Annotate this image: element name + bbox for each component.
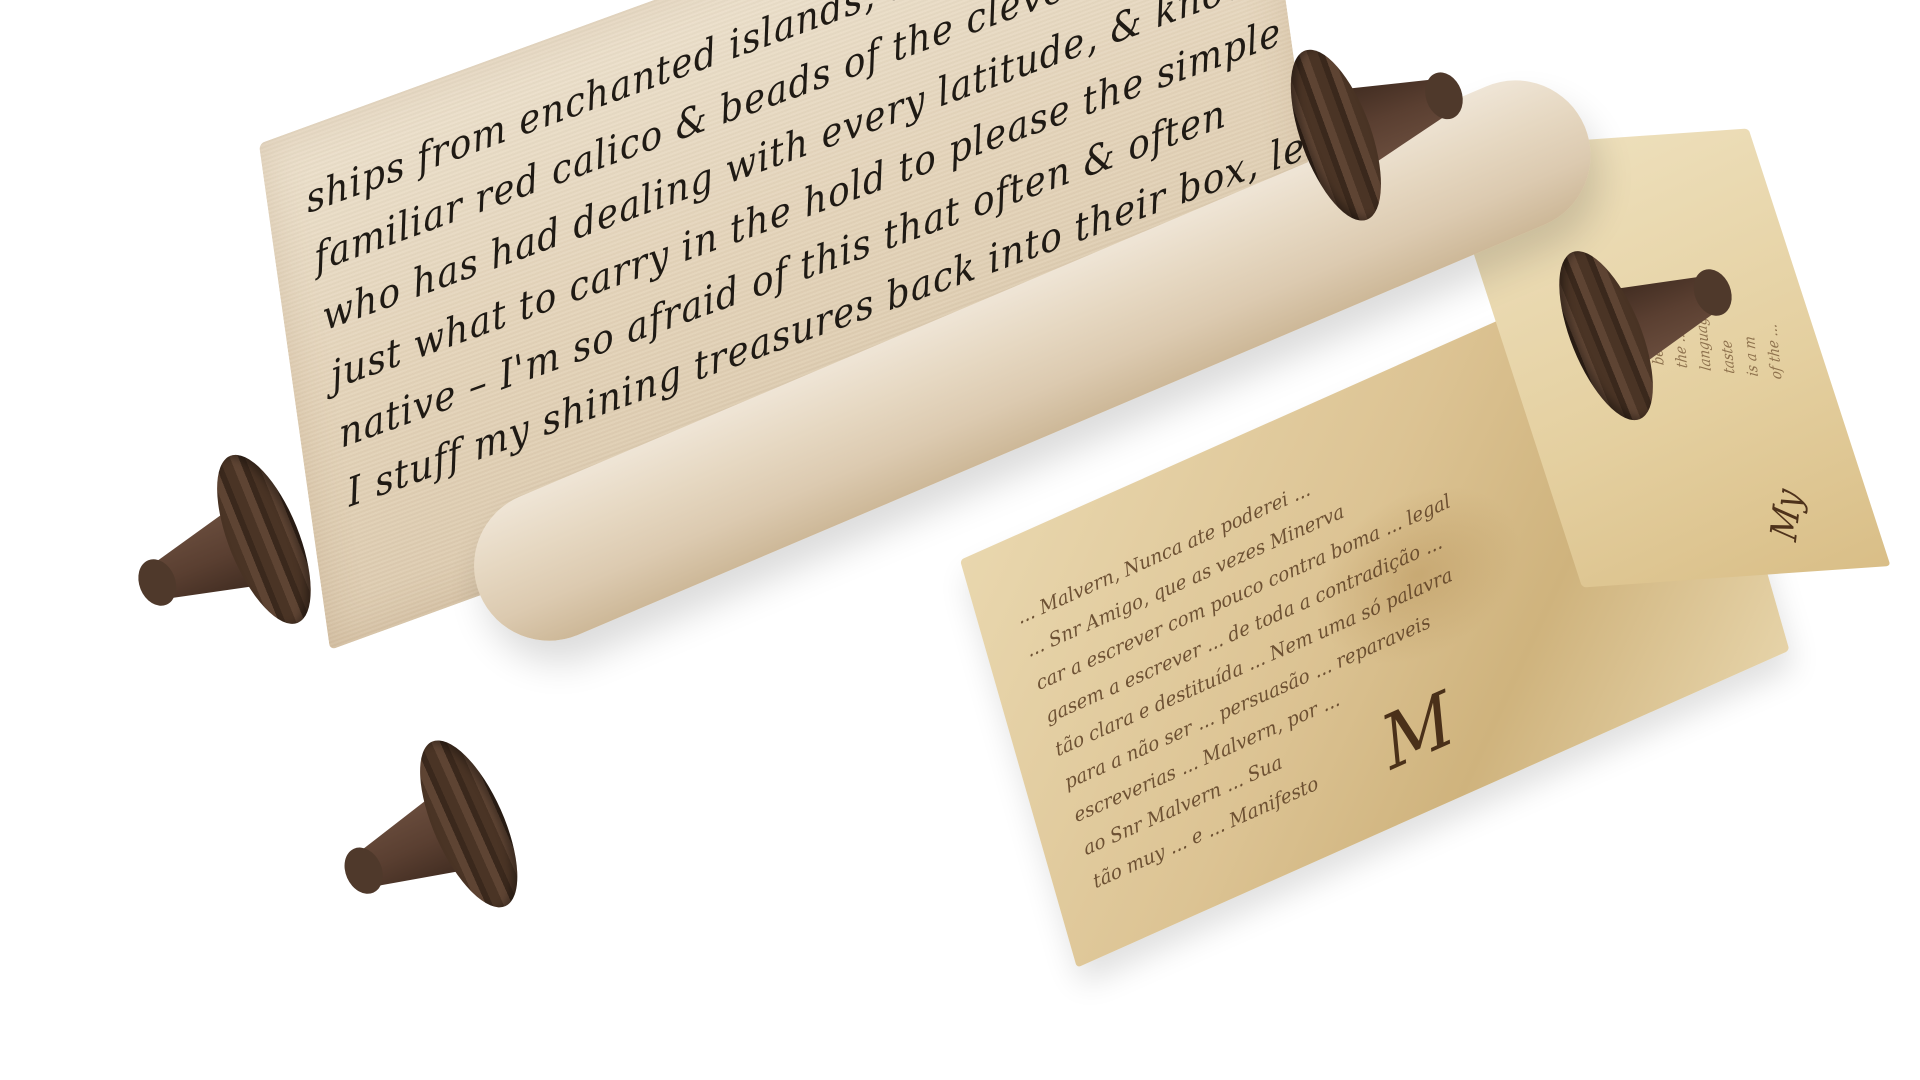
flap-signature: My [1763, 484, 1811, 545]
wooden-knob-icon [327, 707, 583, 953]
photo-scene: ... Malvern, Nunca ate poderei ... ... S… [0, 0, 1920, 1080]
